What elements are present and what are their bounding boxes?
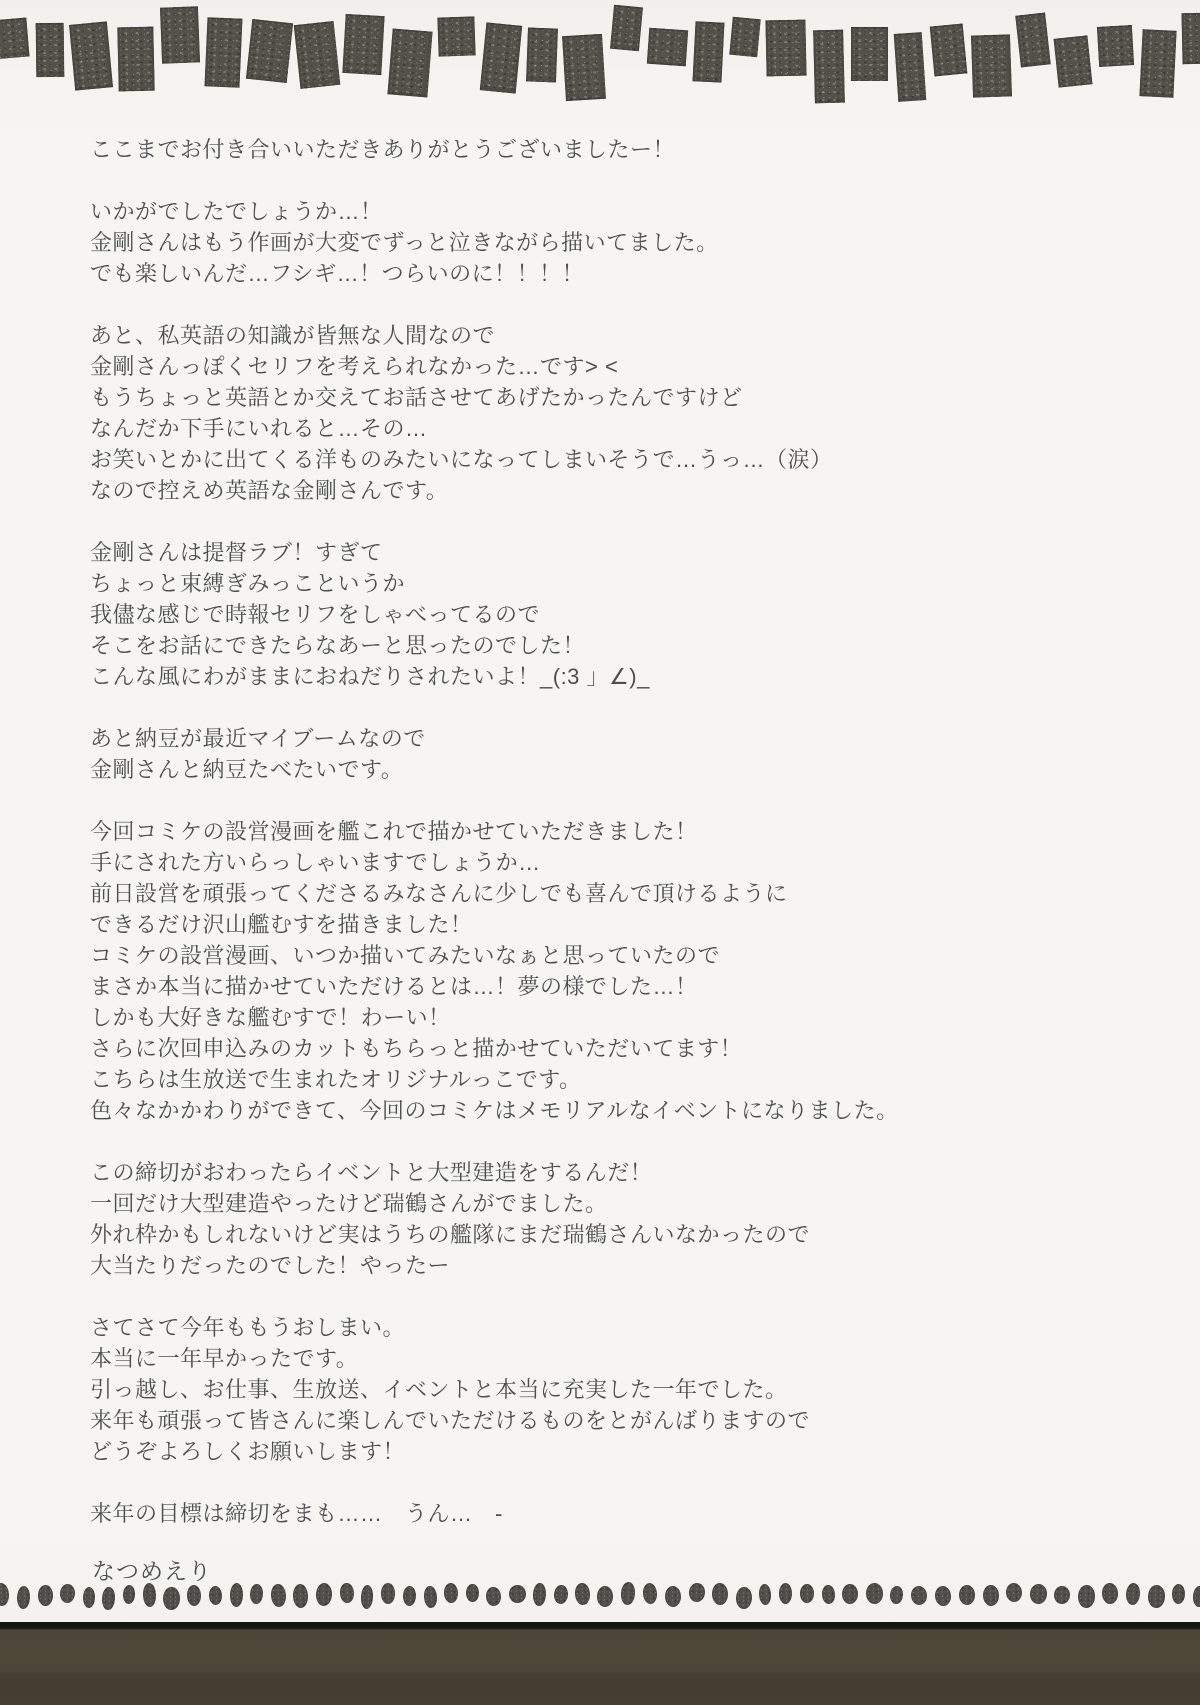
ink-dot <box>187 1585 201 1606</box>
page: ここまでお付き合いいただきありがとうございましたー！ いかがでしたでしょうか…！… <box>0 0 1200 1705</box>
ink-stamp <box>766 19 807 76</box>
ink-dot <box>910 1586 928 1606</box>
ink-dot <box>1054 1585 1070 1604</box>
ink-dot <box>361 1585 375 1609</box>
ink-dot <box>959 1585 975 1605</box>
ink-stamp <box>930 24 967 76</box>
ink-dot <box>444 1583 459 1604</box>
ink-dot <box>381 1583 395 1604</box>
ink-dot <box>423 1586 437 1609</box>
ink-dot <box>508 1585 526 1604</box>
ink-dot <box>1193 1585 1200 1606</box>
ink-dot <box>0 1583 10 1607</box>
ink-dot <box>688 1582 705 1602</box>
ink-stamp <box>294 21 340 89</box>
ink-dot <box>250 1584 264 1605</box>
ink-dot <box>1077 1585 1095 1609</box>
ink-stamp <box>729 17 760 57</box>
ink-dot <box>339 1583 354 1604</box>
ink-dot <box>486 1586 502 1606</box>
ink-stamp <box>1181 12 1200 63</box>
ink-dot <box>209 1586 223 1606</box>
ink-dot <box>735 1586 752 1609</box>
ink-dot <box>533 1583 547 1606</box>
ink-stamp <box>610 5 643 51</box>
ink-dot <box>890 1586 905 1605</box>
ink-stamp <box>692 21 724 82</box>
ink-stamp <box>1054 35 1093 87</box>
ink-dot <box>270 1583 286 1607</box>
ink-dot <box>16 1586 30 1610</box>
ink-dot <box>553 1585 568 1605</box>
dot-border-bottom <box>0 1581 1200 1611</box>
ink-dot <box>642 1582 658 1605</box>
ink-dot <box>759 1583 772 1604</box>
ink-stamp <box>562 34 606 102</box>
ink-dot <box>293 1584 309 1608</box>
ink-dot <box>821 1585 835 1605</box>
ink-dot <box>82 1587 95 1609</box>
afterword-text: ここまでお付き合いいただきありがとうございましたー！ いかがでしたでしょうか…！… <box>90 134 1145 1529</box>
ink-dot <box>574 1583 590 1606</box>
ink-stamp <box>343 14 385 75</box>
ink-dot <box>842 1584 858 1605</box>
ink-stamp <box>246 19 293 83</box>
ink-dot <box>982 1585 999 1607</box>
ink-dot <box>316 1583 333 1607</box>
ink-dot <box>779 1583 793 1604</box>
ink-dot <box>163 1586 180 1610</box>
bottom-scan-band <box>0 1622 1200 1705</box>
ink-stamp <box>813 30 845 103</box>
ink-dot <box>1148 1585 1165 1608</box>
ink-stamp <box>1139 30 1176 99</box>
ink-stamp <box>205 18 243 88</box>
ink-dot <box>102 1587 116 1611</box>
ink-stamp <box>526 27 558 82</box>
ink-dot <box>620 1582 636 1606</box>
ink-stamp <box>647 27 688 66</box>
ink-stamp <box>1016 12 1052 67</box>
ink-dot <box>597 1585 613 1606</box>
ink-dot <box>1125 1582 1141 1605</box>
ink-dot <box>403 1586 416 1607</box>
ink-stamp <box>437 16 476 56</box>
stamp-border-top <box>0 4 1200 114</box>
ink-dot <box>800 1584 814 1603</box>
ink-dot <box>466 1584 479 1602</box>
ink-stamp <box>160 7 200 65</box>
ink-dot <box>1172 1584 1186 1604</box>
ink-dot <box>1029 1584 1047 1605</box>
ink-dot <box>229 1583 243 1607</box>
ink-dot <box>866 1583 883 1604</box>
ink-stamp <box>69 21 113 90</box>
ink-dot <box>1005 1582 1022 1602</box>
ink-dot <box>37 1585 52 1606</box>
ink-stamp <box>0 18 30 60</box>
ink-stamp <box>117 27 154 92</box>
ink-stamp <box>388 28 433 97</box>
ink-dot <box>712 1582 728 1605</box>
ink-stamp <box>894 32 927 102</box>
ink-stamp <box>851 27 888 81</box>
ink-stamp <box>480 22 523 93</box>
ink-dot <box>665 1586 682 1607</box>
ink-dot <box>122 1585 135 1605</box>
ink-stamp <box>1097 25 1134 67</box>
ink-dot <box>59 1583 75 1603</box>
ink-stamp <box>971 34 1012 98</box>
ink-dot <box>142 1583 156 1607</box>
ink-stamp <box>36 23 65 78</box>
ink-dot <box>1102 1583 1119 1604</box>
ink-dot <box>934 1586 952 1607</box>
